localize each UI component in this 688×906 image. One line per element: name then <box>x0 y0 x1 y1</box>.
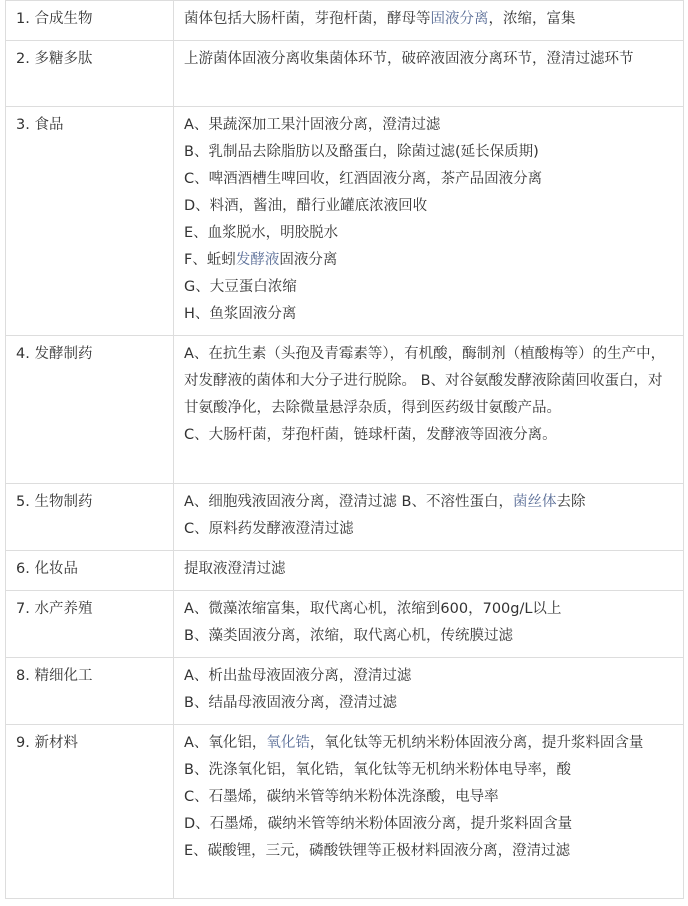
description-line: A、析出盐母液固液分离，澄清过滤 <box>184 663 675 690</box>
inline-link[interactable]: 菌丝体 <box>513 494 557 510</box>
description-text: E、血浆脱水，明胶脱水 <box>184 225 338 241</box>
description-text: 去除 <box>556 494 585 510</box>
description-text: C、原料药发酵液澄清过滤 <box>184 521 354 537</box>
description-line: A、果蔬深加工果汁固液分离，澄清过滤 <box>184 112 675 139</box>
description-line: A、在抗生素（头孢及青霉素等），有机酸，酶制剂（植酸梅等）的生产中，对发酵液的菌… <box>184 341 675 422</box>
description-text: E、碳酸锂，三元，磷酸铁锂等正极材料固液分离，澄清过滤 <box>184 843 570 859</box>
description-text: B、藻类固液分离，浓缩，取代离心机，传统膜过滤 <box>184 628 513 644</box>
description-line: A、氧化铝，氧化锆，氧化钛等无机纳米粉体固液分离，提升浆料固含量 <box>184 730 675 757</box>
description-text: ，氧化钛等无机纳米粉体固液分离，提升浆料固含量 <box>310 735 644 751</box>
category-cell: 5. 生物制药 <box>6 484 174 551</box>
description-line: C、啤酒酒槽生啤回收，红酒固液分离，茶产品固液分离 <box>184 166 675 193</box>
description-cell: 上游菌体固液分离收集菌体环节，破碎液固液分离环节，澄清过滤环节 <box>174 41 684 107</box>
description-line: B、藻类固液分离，浓缩，取代离心机，传统膜过滤 <box>184 623 675 650</box>
description-line: A、微藻浓缩富集，取代离心机，浓缩到600，700g/L以上 <box>184 596 675 623</box>
description-text: G、大豆蛋白浓缩 <box>184 279 297 295</box>
description-line: G、大豆蛋白浓缩 <box>184 274 675 301</box>
description-text: B、结晶母液固液分离，澄清过滤 <box>184 695 397 711</box>
description-line: A、细胞残液固液分离，澄清过滤 B、不溶性蛋白，菌丝体去除 <box>184 489 675 516</box>
description-text: 菌体包括大肠杆菌，芽孢杆菌，酵母等 <box>184 11 431 27</box>
category-cell: 9. 新材料 <box>6 725 174 899</box>
table-row: 7. 水产养殖 A、微藻浓缩富集，取代离心机，浓缩到600，700g/L以上B、… <box>6 591 684 658</box>
table-row: 9. 新材料 A、氧化铝，氧化锆，氧化钛等无机纳米粉体固液分离，提升浆料固含量B… <box>6 725 684 899</box>
description-line: 上游菌体固液分离收集菌体环节，破碎液固液分离环节，澄清过滤环节 <box>184 46 675 73</box>
description-cell: A、果蔬深加工果汁固液分离，澄清过滤B、乳制品去除脂肪以及酪蛋白，除菌过滤(延长… <box>174 107 684 336</box>
description-line: F、蚯蚓发酵液固液分离 <box>184 247 675 274</box>
description-cell: A、微藻浓缩富集，取代离心机，浓缩到600，700g/L以上B、藻类固液分离，浓… <box>174 591 684 658</box>
table-row: 5. 生物制药 A、细胞残液固液分离，澄清过滤 B、不溶性蛋白，菌丝体去除C、原… <box>6 484 684 551</box>
description-line: C、石墨烯，碳纳米管等纳米粉体洗涤酸，电导率 <box>184 784 675 811</box>
description-text: C、石墨烯，碳纳米管等纳米粉体洗涤酸，电导率 <box>184 789 499 805</box>
description-line: H、鱼浆固液分离 <box>184 301 675 328</box>
description-line: D、石墨烯，碳纳米管等纳米粉体固液分离，提升浆料固含量 <box>184 811 675 838</box>
description-line: C、原料药发酵液澄清过滤 <box>184 516 675 543</box>
inline-link[interactable]: 发酵液 <box>236 252 280 268</box>
category-cell: 7. 水产养殖 <box>6 591 174 658</box>
table-row: 3. 食品 A、果蔬深加工果汁固液分离，澄清过滤B、乳制品去除脂肪以及酪蛋白，除… <box>6 107 684 336</box>
description-text: F、蚯蚓 <box>184 252 236 268</box>
category-cell: 1. 合成生物 <box>6 1 174 41</box>
category-cell: 4. 发酵制药 <box>6 336 174 484</box>
description-line: D、料酒，酱油，醋行业罐底浓液回收 <box>184 193 675 220</box>
description-text: 固液分离 <box>279 252 337 268</box>
description-cell: 菌体包括大肠杆菌，芽孢杆菌，酵母等固液分离，浓缩，富集 <box>174 1 684 41</box>
description-line: B、结晶母液固液分离，澄清过滤 <box>184 690 675 717</box>
table-row: 1. 合成生物 菌体包括大肠杆菌，芽孢杆菌，酵母等固液分离，浓缩，富集 <box>6 1 684 41</box>
description-cell: A、在抗生素（头孢及青霉素等），有机酸，酶制剂（植酸梅等）的生产中，对发酵液的菌… <box>174 336 684 484</box>
description-text: A、在抗生素（头孢及青霉素等），有机酸，酶制剂（植酸梅等）的生产中，对发酵液的菌… <box>184 346 665 416</box>
description-text: D、石墨烯，碳纳米管等纳米粉体固液分离，提升浆料固含量 <box>184 816 572 832</box>
description-text: A、果蔬深加工果汁固液分离，澄清过滤 <box>184 117 440 133</box>
table-row: 8. 精细化工 A、析出盐母液固液分离，澄清过滤B、结晶母液固液分离，澄清过滤 <box>6 658 684 725</box>
description-text: A、氧化铝， <box>184 735 266 751</box>
category-cell: 6. 化妆品 <box>6 551 174 591</box>
description-cell: A、细胞残液固液分离，澄清过滤 B、不溶性蛋白，菌丝体去除C、原料药发酵液澄清过… <box>174 484 684 551</box>
description-line: 菌体包括大肠杆菌，芽孢杆菌，酵母等固液分离，浓缩，富集 <box>184 6 675 33</box>
description-text: 提取液澄清过滤 <box>184 561 286 577</box>
description-line: C、大肠杆菌，芽孢杆菌，链球杆菌，发酵液等固液分离。 <box>184 422 675 449</box>
description-text: A、细胞残液固液分离，澄清过滤 B、不溶性蛋白， <box>184 494 513 510</box>
description-line: E、碳酸锂，三元，磷酸铁锂等正极材料固液分离，澄清过滤 <box>184 838 675 865</box>
description-text: A、析出盐母液固液分离，澄清过滤 <box>184 668 411 684</box>
description-text: B、洗涤氧化铝，氧化锆，氧化钛等无机纳米粉体电导率，酸 <box>184 762 571 778</box>
table-row: 2. 多糖多肽 上游菌体固液分离收集菌体环节，破碎液固液分离环节，澄清过滤环节 <box>6 41 684 107</box>
description-text: D、料酒，酱油，醋行业罐底浓液回收 <box>184 198 427 214</box>
category-cell: 8. 精细化工 <box>6 658 174 725</box>
description-text: 上游菌体固液分离收集菌体环节，破碎液固液分离环节，澄清过滤环节 <box>184 51 634 67</box>
applications-table: 1. 合成生物 菌体包括大肠杆菌，芽孢杆菌，酵母等固液分离，浓缩，富集 2. 多… <box>5 0 684 899</box>
description-text: H、鱼浆固液分离 <box>184 306 296 322</box>
description-text: C、大肠杆菌，芽孢杆菌，链球杆菌，发酵液等固液分离。 <box>184 427 557 443</box>
description-line: B、乳制品去除脂肪以及酪蛋白，除菌过滤(延长保质期) <box>184 139 675 166</box>
description-cell: A、析出盐母液固液分离，澄清过滤B、结晶母液固液分离，澄清过滤 <box>174 658 684 725</box>
description-text: A、微藻浓缩富集，取代离心机，浓缩到600，700g/L以上 <box>184 601 561 617</box>
description-cell: 提取液澄清过滤 <box>174 551 684 591</box>
inline-link[interactable]: 固液分离 <box>431 11 489 27</box>
description-text: C、啤酒酒槽生啤回收，红酒固液分离，茶产品固液分离 <box>184 171 542 187</box>
category-cell: 2. 多糖多肽 <box>6 41 174 107</box>
description-line: B、洗涤氧化铝，氧化锆，氧化钛等无机纳米粉体电导率，酸 <box>184 757 675 784</box>
description-line: 提取液澄清过滤 <box>184 556 675 583</box>
table-row: 4. 发酵制药 A、在抗生素（头孢及青霉素等），有机酸，酶制剂（植酸梅等）的生产… <box>6 336 684 484</box>
table-body: 1. 合成生物 菌体包括大肠杆菌，芽孢杆菌，酵母等固液分离，浓缩，富集 2. 多… <box>6 1 684 899</box>
description-line: E、血浆脱水，明胶脱水 <box>184 220 675 247</box>
description-text: B、乳制品去除脂肪以及酪蛋白，除菌过滤(延长保质期) <box>184 144 539 160</box>
description-text: ，浓缩，富集 <box>489 11 576 27</box>
category-cell: 3. 食品 <box>6 107 174 336</box>
inline-link[interactable]: 氧化锆 <box>266 735 310 751</box>
table-row: 6. 化妆品 提取液澄清过滤 <box>6 551 684 591</box>
description-cell: A、氧化铝，氧化锆，氧化钛等无机纳米粉体固液分离，提升浆料固含量B、洗涤氧化铝，… <box>174 725 684 899</box>
